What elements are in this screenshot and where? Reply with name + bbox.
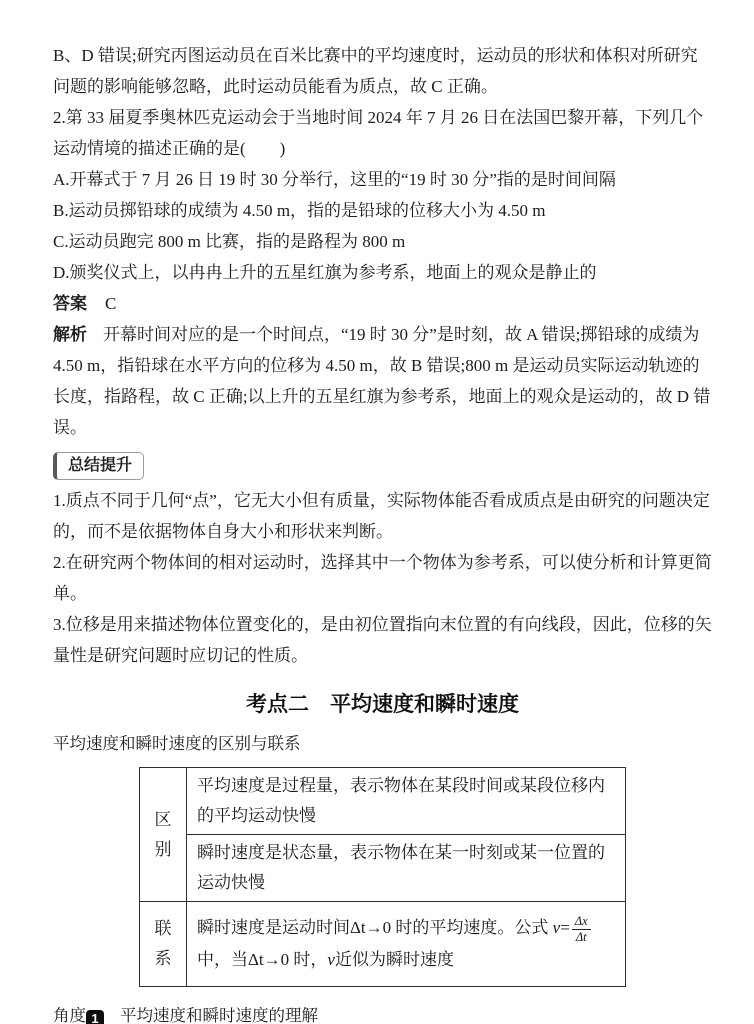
relation-text-tail: 近似为瞬时速度 [335, 950, 454, 969]
relation-label-cell: 联系 [140, 902, 187, 987]
option-d: D.颁奖仪式上，以冉冉上升的五星红旗为参考系，地面上的观众是静止的 [53, 257, 712, 288]
analysis-text: 开幕时间对应的是一个时间点，“19 时 30 分”是时刻，故 A 错误;掷铅球的… [53, 325, 710, 437]
document-page: B、D 错误;研究丙图运动员在百米比赛中的平均速度时，运动员的形状和体积对所研究… [0, 0, 754, 1024]
option-a: A.开幕式于 7 月 26 日 19 时 30 分举行，这里的“19 时 30 … [53, 164, 712, 195]
section-subheading: 平均速度和瞬时速度的区别与联系 [53, 729, 712, 759]
summary-point-3: 3.位移是用来描述物体位置变化的，是由初位置指向末位置的有向线段，因此，位移的矢… [53, 609, 712, 671]
difference-cell-average: 平均速度是过程量，表示物体在某段时间或某段位移内的平均运动快慢 [187, 768, 626, 835]
summary-point-1: 1.质点不同于几何“点”，它无大小但有质量，实际物体能否看成质点是由研究的问题决… [53, 485, 712, 547]
question-2-stem: 2.第 33 届夏季奥林匹克运动会于当地时间 2024 年 7 月 26 日在法… [53, 102, 712, 164]
analysis-paragraph: 解析开幕时间对应的是一个时间点，“19 时 30 分”是时刻，故 A 错误;掷铅… [53, 319, 712, 443]
summary-point-2: 2.在研究两个物体间的相对运动时，选择其中一个物体为参考系，可以使分析和计算更简… [53, 547, 712, 609]
summary-section: 总结提升 1.质点不同于几何“点”，它无大小但有质量，实际物体能否看成质点是由研… [53, 443, 712, 671]
answer-value: C [105, 294, 116, 313]
table-row: 区别 平均速度是过程量，表示物体在某段时间或某段位移内的平均运动快慢 [140, 768, 626, 835]
table-row: 联系 瞬时速度是运动时间Δt→0 时的平均速度。公式 v=ΔxΔt中，当Δt→0… [140, 902, 626, 987]
section-heading: 考点二 平均速度和瞬时速度 [53, 687, 712, 721]
relation-text-pre: 瞬时速度是运动时间Δt→0 时的平均速度。公式 [197, 918, 553, 937]
analysis-label: 解析 [53, 325, 87, 344]
fraction-denominator: Δt [572, 930, 591, 945]
angle-1-heading: 角度1平均速度和瞬时速度的理解 [53, 1001, 712, 1024]
difference-cell-instant: 瞬时速度是状态量，表示物体在某一时刻或某一位置的运动快慢 [187, 835, 626, 902]
number-1-icon: 1 [86, 1010, 104, 1024]
answer-line: 答案C [53, 288, 712, 319]
angle-title: 平均速度和瞬时速度的理解 [120, 1007, 318, 1024]
fraction-numerator: Δx [572, 914, 591, 930]
option-c: C.运动员跑完 800 m 比赛，指的是路程为 800 m [53, 226, 712, 257]
velocity-symbol-2: v [327, 950, 335, 969]
option-b: B.运动员掷铅球的成绩为 4.50 m，指的是铅球的位移大小为 4.50 m [53, 195, 712, 226]
angle-label: 角度 [53, 1007, 86, 1024]
relation-cell: 瞬时速度是运动时间Δt→0 时的平均速度。公式 v=ΔxΔt中，当Δt→0 时，… [187, 902, 626, 987]
delta-x-over-delta-t-fraction: ΔxΔt [572, 914, 591, 945]
table-row: 瞬时速度是状态量，表示物体在某一时刻或某一位置的运动快慢 [140, 835, 626, 902]
comparison-table: 区别 平均速度是过程量，表示物体在某段时间或某段位移内的平均运动快慢 瞬时速度是… [139, 767, 626, 987]
answer-label: 答案 [53, 294, 87, 313]
summary-badge: 总结提升 [53, 452, 144, 480]
equals-sign: = [560, 918, 570, 937]
relation-text-mid: 中，当Δt→0 时， [197, 950, 327, 969]
previous-analysis-continuation: B、D 错误;研究丙图运动员在百米比赛中的平均速度时，运动员的形状和体积对所研究… [53, 40, 712, 102]
difference-label-cell: 区别 [140, 768, 187, 902]
